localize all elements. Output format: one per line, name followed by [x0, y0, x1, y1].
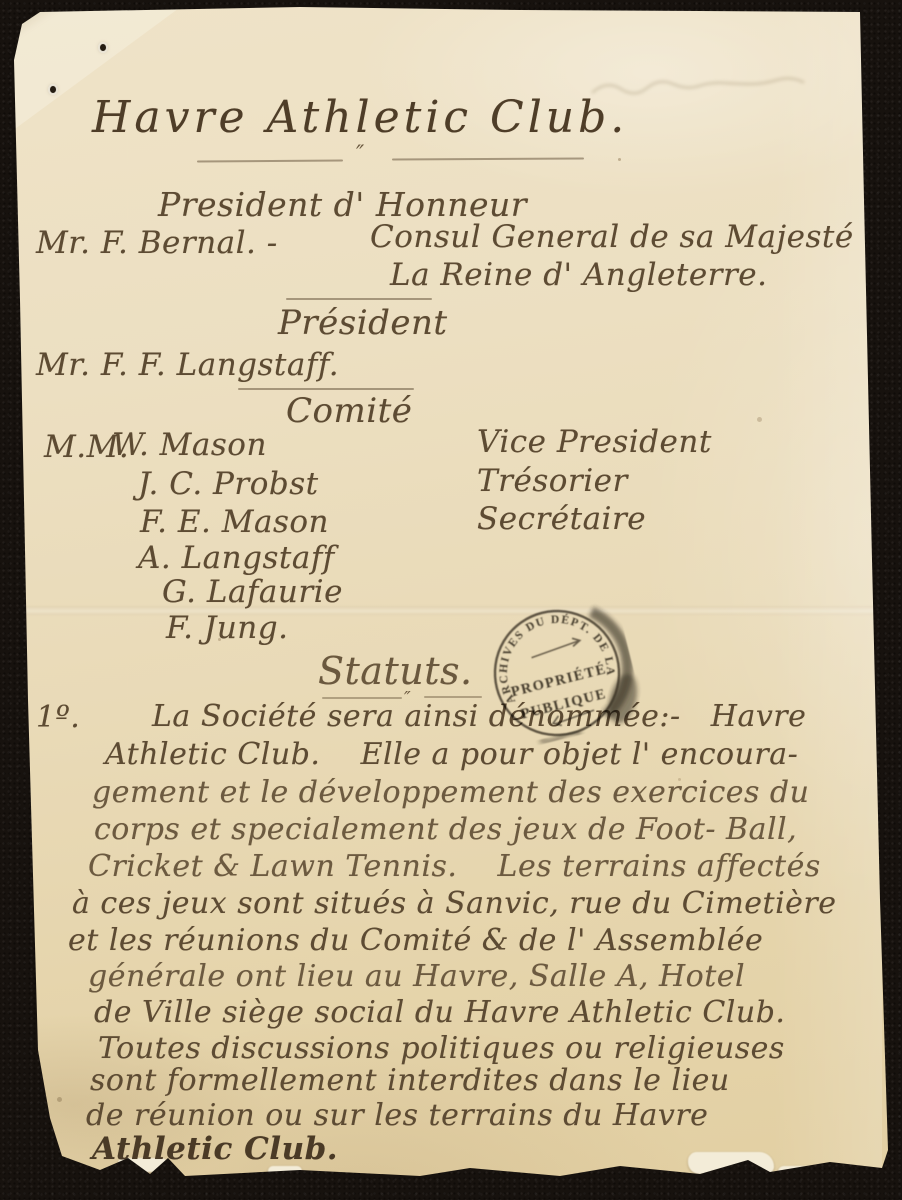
article-number: 1º. — [36, 703, 80, 733]
committee-member-name: G. Lafaurie — [162, 577, 343, 608]
committee-member-role: Trésorier — [477, 466, 628, 497]
horizontal-crease — [16, 606, 876, 615]
scan-background: Havre Athletic Club. ″ President d' Honn… — [0, 0, 902, 1200]
committee-heading: Comité — [286, 394, 412, 428]
committee-member-role: Secrétaire — [477, 504, 646, 535]
president-name: Mr. F. F. Langstaff. — [36, 350, 339, 381]
committee-member-name: F. Jung. — [166, 613, 288, 644]
page-title: Havre Athletic Club. — [92, 96, 628, 140]
foxing-specks — [618, 158, 621, 161]
stamp-ink-smudge-bottom — [540, 730, 582, 744]
section-rule — [238, 388, 414, 390]
section-rule — [286, 298, 432, 300]
president-heading: Président — [278, 306, 448, 340]
committee-member-role: Vice President — [477, 427, 712, 458]
honorary-president-role-line2: La Reine d' Angleterre. — [390, 260, 768, 291]
pinhole — [50, 86, 56, 93]
archive-stamp: ARCHIVES DU DÉPT. DE LA SEINE PROPRIÉTÉ … — [472, 588, 642, 758]
committee-member-name: A. Langstaff — [138, 543, 335, 574]
statute-line: et les réunions du Comité & de l' Assemb… — [68, 926, 763, 956]
statute-line: générale ont lieu au Havre, Salle A, Hot… — [88, 962, 745, 992]
statute-line: à ces jeux sont situés à Sanvic, rue du … — [72, 889, 837, 919]
statute-line: Toutes discussions politiques ou religie… — [98, 1034, 785, 1064]
honorary-president-name: Mr. F. Bernal. - — [36, 228, 278, 259]
title-underline-right — [392, 157, 584, 160]
honorary-president-role-line1: Consul General de sa Majesté — [370, 222, 854, 253]
committee-member-name: W. Mason — [112, 430, 267, 461]
statute-line: corps et specialement des jeux de Foot- … — [94, 815, 797, 845]
paper-tear-peel — [688, 1152, 774, 1174]
statute-line: sont formellement interdites dans le lie… — [90, 1066, 730, 1096]
statute-line: de Ville siège social du Havre Athletic … — [94, 998, 785, 1028]
committee-member-name: F. E. Mason — [140, 507, 329, 538]
honorary-president-heading: President d' Honneur — [158, 188, 527, 221]
stamp-arrow-top — [529, 637, 581, 658]
statute-line: Athletic Club. — [92, 1134, 338, 1165]
document-page: Havre Athletic Club. ″ President d' Honn… — [0, 0, 902, 1200]
edge-light-strip — [772, 0, 882, 1200]
paper-tear-peel — [778, 1166, 832, 1178]
ditto-mark: ″ — [356, 142, 364, 167]
statutes-heading: Statuts. — [318, 652, 473, 690]
title-underline-left — [197, 159, 343, 162]
pinhole — [100, 44, 106, 51]
statute-line: Athletic Club. Elle a pour objet l' enco… — [105, 740, 798, 770]
paper-tear-peel — [268, 1166, 302, 1176]
ink-bleed-ghost — [588, 64, 858, 110]
statute-line: Cricket & Lawn Tennis. Les terrains affe… — [88, 852, 821, 882]
committee-member-name: J. C. Probst — [138, 469, 319, 500]
statute-line: gement et le développement des exercices… — [92, 778, 809, 808]
statute-line: de réunion ou sur les terrains du Havre — [86, 1101, 708, 1131]
